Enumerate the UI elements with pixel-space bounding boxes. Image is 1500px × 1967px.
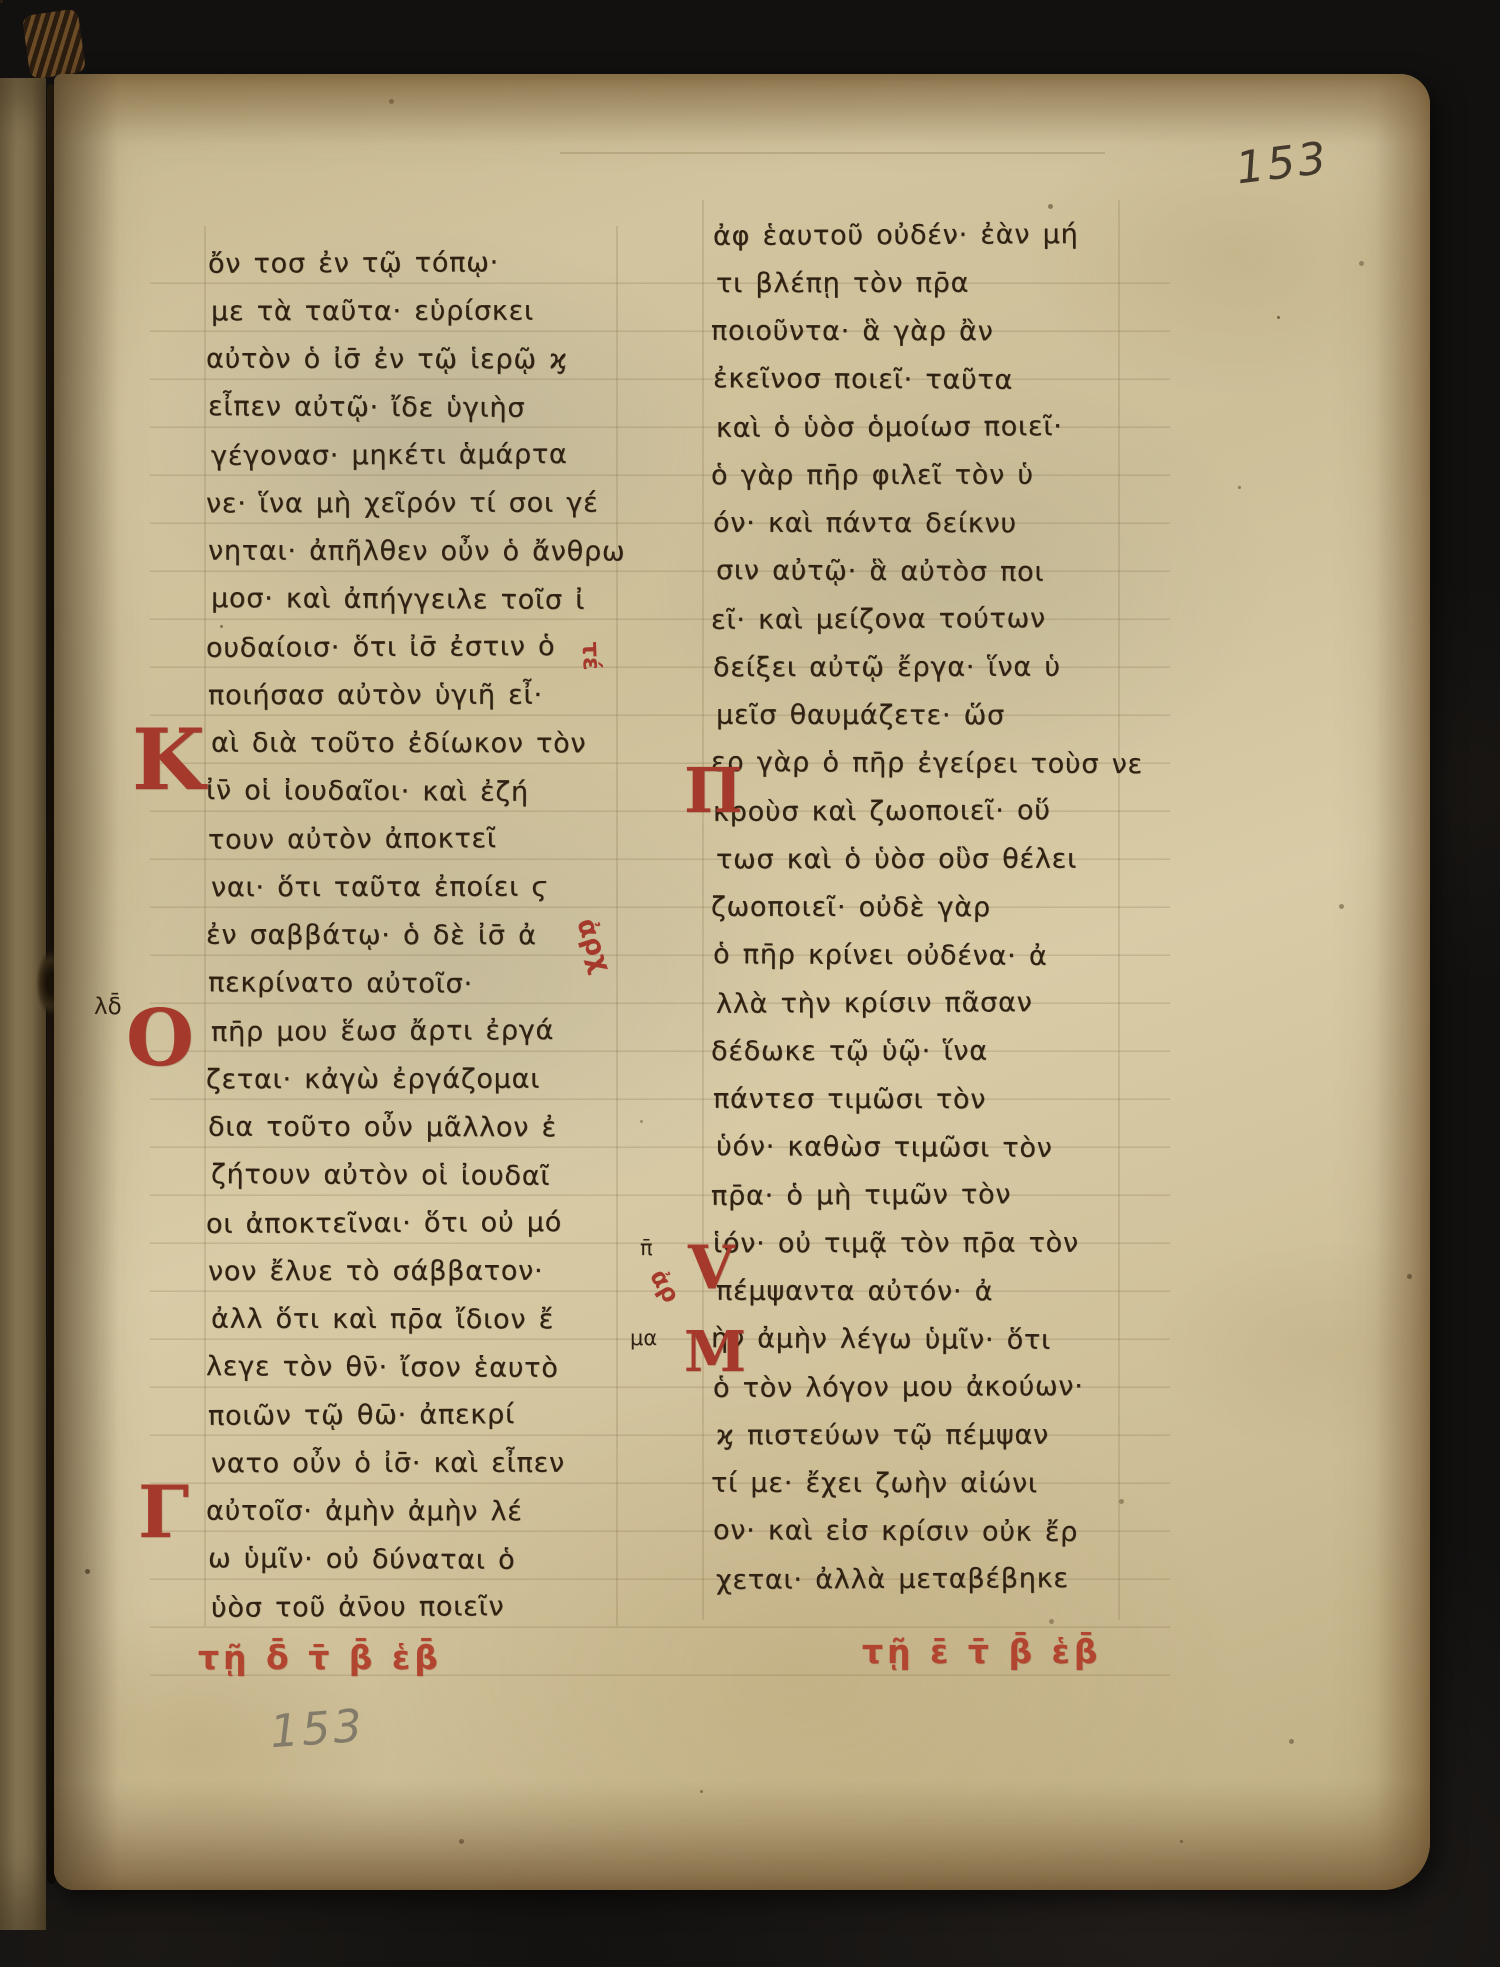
pi-margin-note: π̄	[640, 1236, 653, 1260]
manuscript-line: ζωοποιεῖ· οὐδὲ γὰρ	[711, 892, 991, 923]
rubric-left-column: τῇ δ̄ τ̄ β̄ ἑβ̄	[198, 1638, 442, 1677]
initial-kappa: Κ	[132, 718, 205, 802]
lection-number-note: λδ̄	[94, 994, 122, 1020]
manuscript-line: πάντεσ τιμῶσι τὸν	[713, 1084, 986, 1115]
initial-upsilon: V	[688, 1238, 735, 1298]
manuscript-line: κροὺσ καὶ ζωοποιεῖ· οὕ	[713, 795, 1051, 828]
folio-number-bottom-pencil: 153	[268, 1699, 366, 1758]
manuscript-line: ὴν ἀμὴν λέγω ὑμῖν· ὅτι	[711, 1323, 1051, 1356]
manuscript-line: δέδωκε τῷ ὑῷ· ἵνα	[711, 1036, 988, 1067]
manuscript-line: λλὰ τὴν κρίσιν πᾶσαν	[716, 987, 1033, 1020]
initial-omicron: Ο	[126, 1000, 194, 1078]
manuscript-line: πέμψαντα αὐτόν· ἀ	[716, 1276, 993, 1307]
rubric-right-column: τῇ ε̄ τ̄ β̄ ἑβ̄	[862, 1632, 1102, 1671]
manuscript-line: ὁ γὰρ πη̄ρ φιλεῖ τὸν ὑ	[711, 460, 1034, 492]
manuscript-line: τι βλέπῃ τὸν πρ̄α	[716, 268, 969, 299]
manuscript-line: ὑόν· καθὼσ τιμῶσι τὸν	[716, 1131, 1053, 1164]
manuscript-photo: 153 ὄν τοσ ἐν τῷ τόπῳ·με τὰ ταῦτα· εὑρίσ…	[0, 0, 1500, 1967]
manuscript-line: ϗ πιστεύων τῷ πέμψαν	[716, 1420, 1049, 1452]
manuscript-line: ον· καὶ εἰσ κρίσιν οὐκ ἔρ	[713, 1515, 1078, 1548]
manuscript-line: τωσ καὶ ὁ ὑὸσ οὓσ θέλει	[716, 844, 1077, 876]
manuscript-line: εῖ· καὶ μείζονα τούτων	[711, 603, 1046, 636]
manuscript-line: σιν αὐτῷ· ἃ αὐτὸσ ποι	[716, 555, 1045, 588]
manuscript-line: πρ̄α· ὁ μὴ τιμῶν τὸν	[711, 1179, 1011, 1212]
manuscript-line: ἱόν· οὐ τιμᾷ τὸν πρ̄α τὸν	[713, 1228, 1079, 1260]
manuscript-line: ποιοῦντα· ἃ γὰρ ἂν	[711, 316, 994, 347]
manuscript-line: ἀφ ἑαυτοῦ οὐδέν· ἐὰν μή	[713, 219, 1079, 252]
telos-mark: τέ	[577, 641, 606, 671]
initial-pi: Π	[684, 760, 743, 822]
manuscript-line: ερ γὰρ ὁ πη̄ρ ἐγείρει τοὺσ νε	[711, 747, 1143, 780]
initial-mu: Μ	[684, 1324, 746, 1380]
manuscript-line: ὁ πη̄ρ κρίνει οὐδένα· ἀ	[713, 939, 1048, 972]
manuscript-line: χεται· ἀλλὰ μεταβέβηκε	[716, 1563, 1069, 1596]
manuscript-line: καὶ ὁ ὑὸσ ὁμοίωσ ποιεῖ·	[716, 411, 1063, 444]
manuscript-line: ὁ τὸν λόγον μου ἀκούων·	[713, 1371, 1084, 1404]
ma-margin-note: μα	[630, 1326, 657, 1350]
manuscript-line: όν· καὶ πάντα δείκνυ	[713, 508, 1017, 540]
initial-gamma: Γ	[138, 1476, 189, 1548]
manuscript-line: δείξει αὐτῷ ἔργα· ἵνα ὑ	[713, 652, 1061, 684]
manuscript-line: μεῖσ θαυμάζετε· ὥσ	[716, 700, 1005, 732]
manuscript-line: τί με· ἔχει ζωὴν αἰώνι	[711, 1468, 1038, 1500]
manuscript-line: ἐκεῖνοσ ποιεῖ· ταῦτα	[713, 363, 1013, 396]
